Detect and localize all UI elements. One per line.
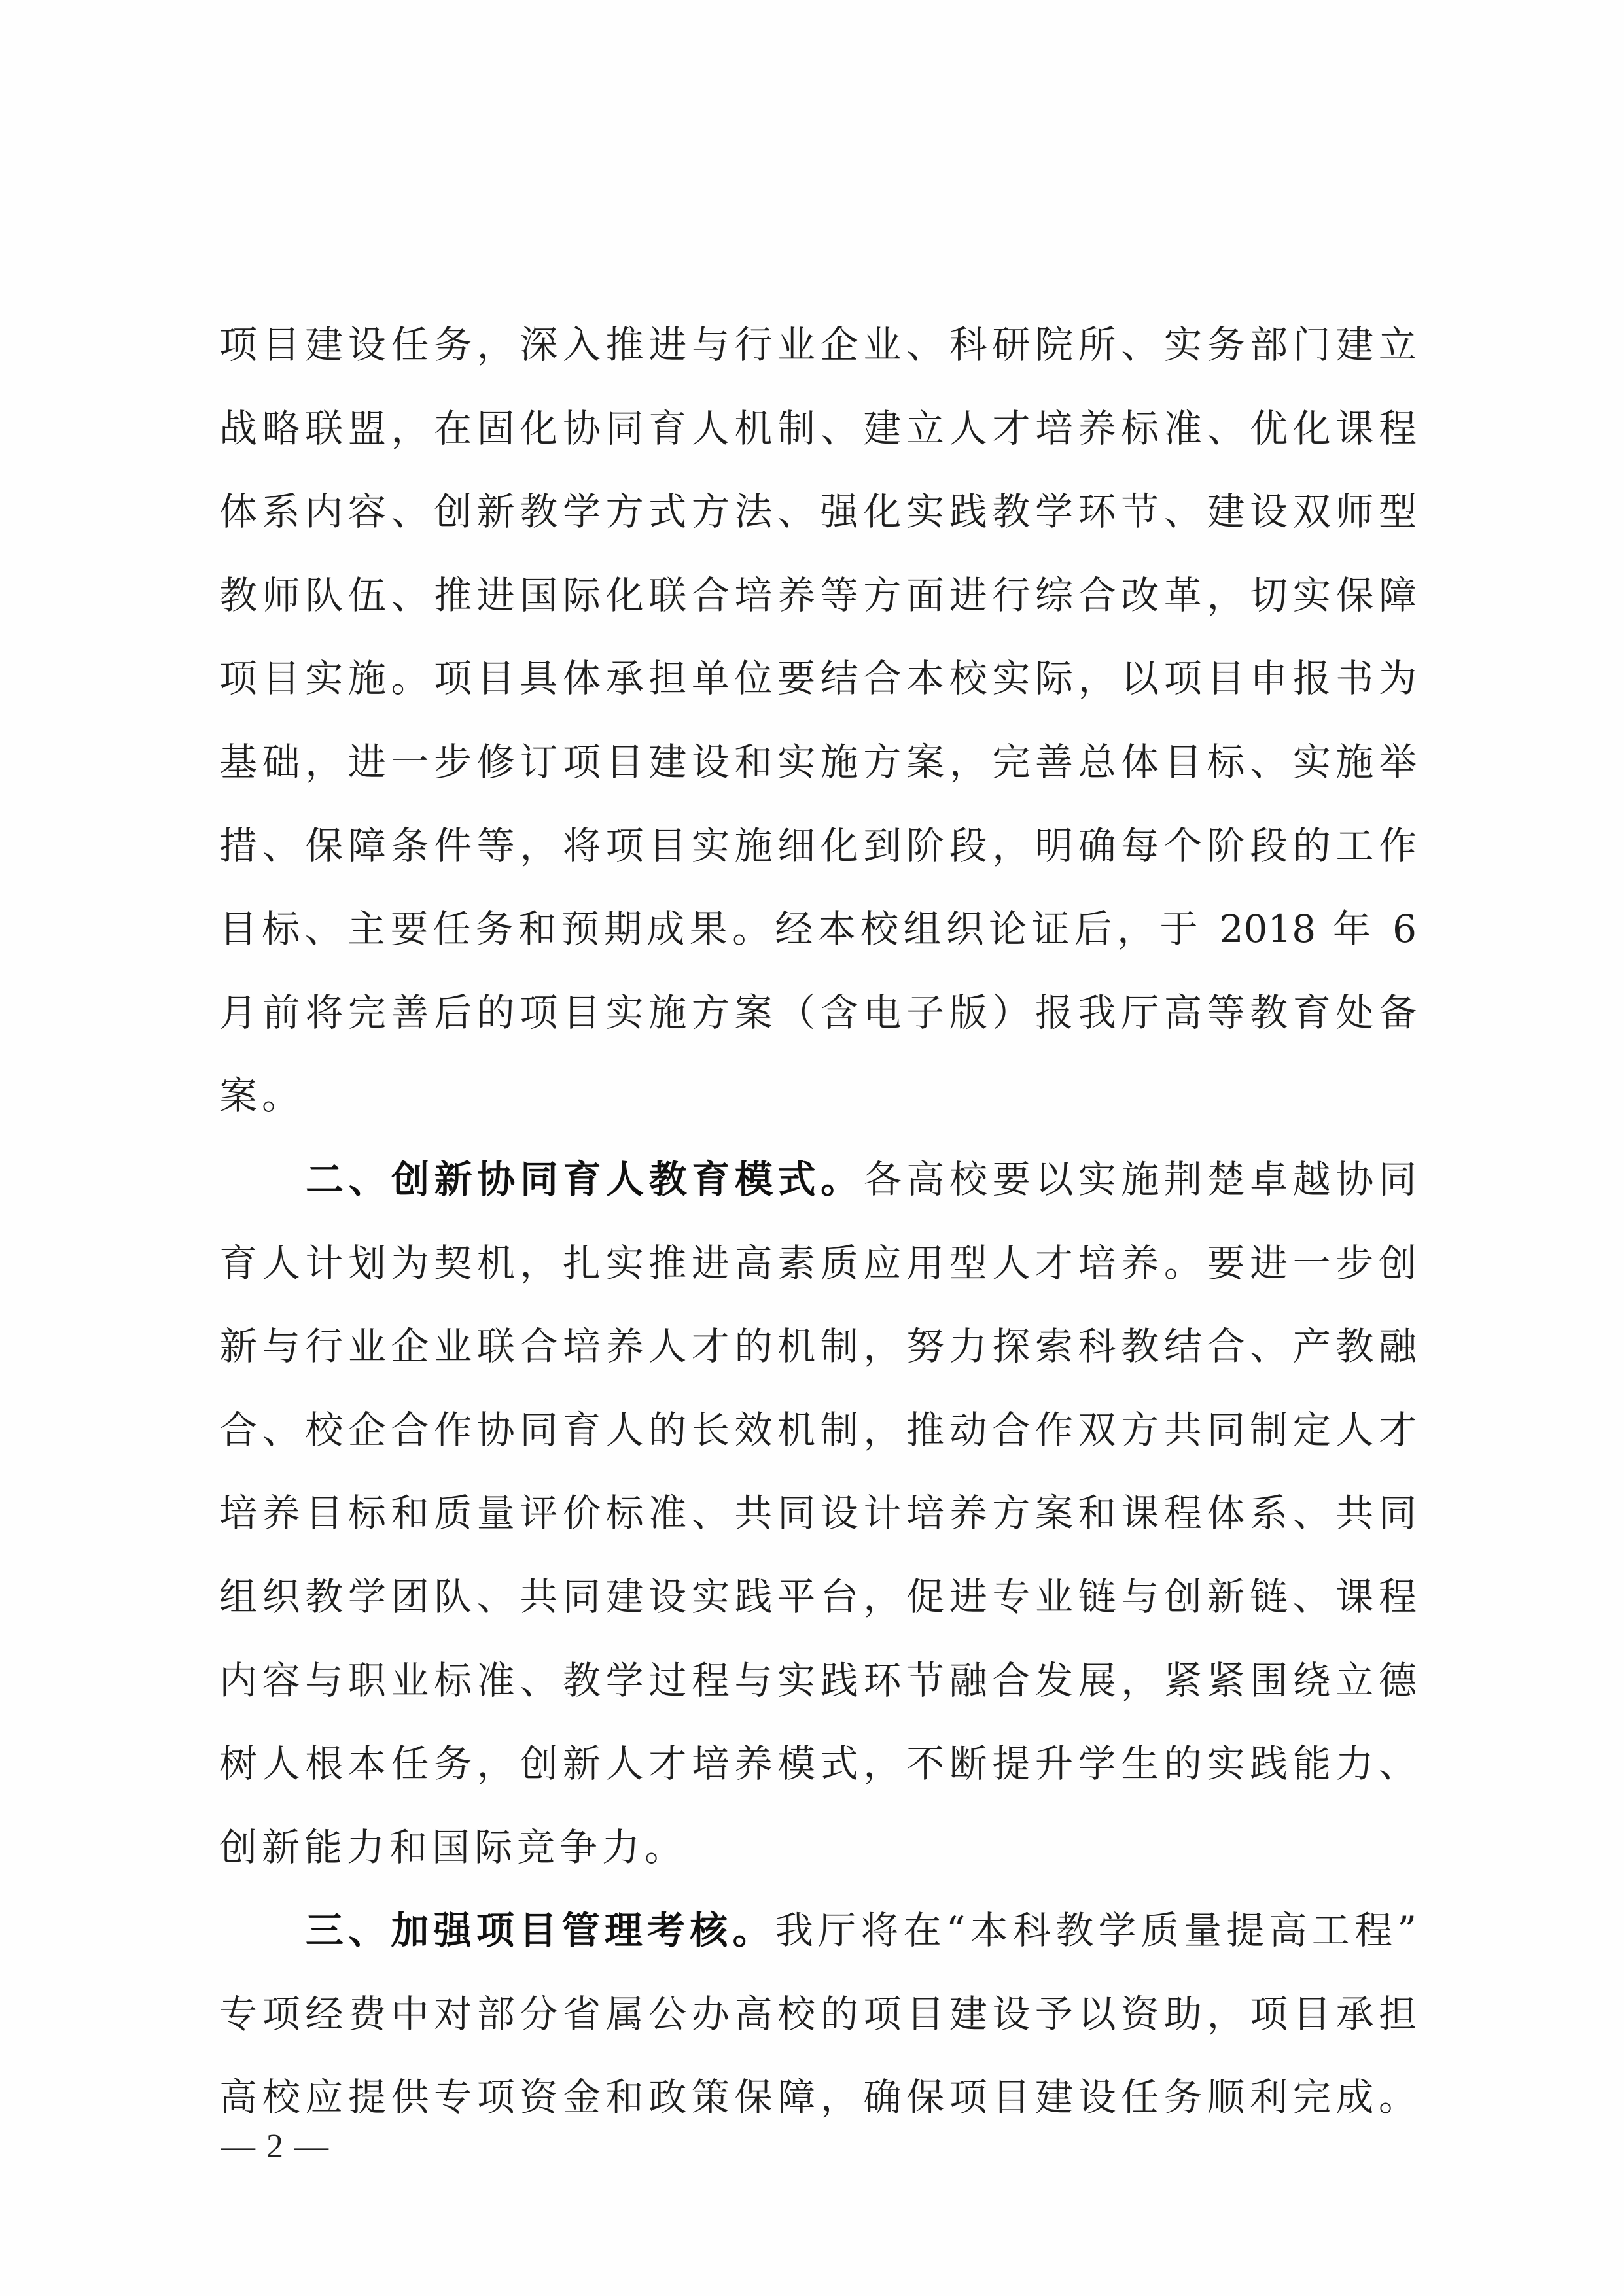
- text-line: 目标、主要任务和预期成果。经本校组织论证后，于 2018 年 6: [219, 888, 1417, 971]
- text-line: 教师队伍、推进国际化联合培养等方面进行综合改革，切实保障: [219, 554, 1417, 638]
- text-line: 内容与职业标准、教学过程与实践环节融合发展，紧紧围绕立德: [219, 1639, 1417, 1723]
- text-line: 项目实施。项目具体承担单位要结合本校实际，以项目申报书为: [219, 637, 1417, 721]
- text-line: 措、保障条件等，将项目实施细化到阶段，明确每个阶段的工作: [219, 805, 1417, 888]
- text-line: 育人计划为契机，扎实推进高素质应用型人才培养。要进一步创: [219, 1222, 1417, 1306]
- text-line: 专项经费中对部分省属公办高校的项目建设予以资助，项目承担: [219, 1973, 1417, 2057]
- paragraph-first-line: 二、创新协同育人教育模式。各高校要以实施荆楚卓越协同: [219, 1138, 1417, 1222]
- paragraph-first-line: 三、加强项目管理考核。我厅将在“本科教学质量提高工程”: [219, 1889, 1417, 1973]
- text-line: 高校应提供专项资金和政策保障，确保项目建设任务顺利完成。: [219, 2056, 1417, 2140]
- paragraph-collaborative-education: 二、创新协同育人教育模式。各高校要以实施荆楚卓越协同 育人计划为契机，扎实推进高…: [219, 1138, 1417, 1889]
- text-line: 基础，进一步修订项目建设和实施方案，完善总体目标、实施举: [219, 721, 1417, 805]
- body-text: 项目建设任务，深入推进与行业企业、科研院所、实务部门建立 战略联盟，在固化协同育…: [219, 304, 1417, 2140]
- text-line: 合、校企合作协同育人的长效机制，推动合作双方共同制定人才: [219, 1389, 1417, 1472]
- text-line: 项目建设任务，深入推进与行业企业、科研院所、实务部门建立: [219, 304, 1417, 387]
- text-line: 体系内容、创新教学方式方法、强化实践教学环节、建设双师型: [219, 470, 1417, 554]
- text-run: 各高校要以实施荆楚卓越协同: [864, 1157, 1417, 1202]
- text-line: 战略联盟，在固化协同育人机制、建立人才培养标准、优化课程: [219, 387, 1417, 471]
- section-heading-3: 三、加强项目管理考核。: [306, 1908, 775, 1953]
- text-line: 月前将完善后的项目实施方案（含电子版）报我厅高等教育处备: [219, 971, 1417, 1055]
- text-line: 树人根本任务，创新人才培养模式，不断提升学生的实践能力、: [219, 1722, 1417, 1806]
- text-line: 新与行业企业联合培养人才的机制，努力探索科教结合、产教融: [219, 1305, 1417, 1389]
- document-page: 项目建设任务，深入推进与行业企业、科研院所、实务部门建立 战略联盟，在固化协同育…: [0, 0, 1624, 2296]
- page-number: — 2 —: [221, 2127, 330, 2166]
- text-run: 我厅将在“本科教学质量提高工程”: [775, 1908, 1417, 1953]
- text-line: 创新能力和国际竞争力。: [219, 1806, 1417, 1890]
- text-line: 案。: [219, 1054, 1417, 1138]
- text-line: 组织教学团队、共同建设实践平台，促进专业链与创新链、课程: [219, 1556, 1417, 1639]
- paragraph-project-management: 三、加强项目管理考核。我厅将在“本科教学质量提高工程” 专项经费中对部分省属公办…: [219, 1889, 1417, 2140]
- text-line: 培养目标和质量评价标准、共同设计培养方案和课程体系、共同: [219, 1472, 1417, 1556]
- section-heading-2: 二、创新协同育人教育模式。: [306, 1157, 864, 1202]
- paragraph-project-implementation: 项目建设任务，深入推进与行业企业、科研院所、实务部门建立 战略联盟，在固化协同育…: [219, 304, 1417, 1138]
